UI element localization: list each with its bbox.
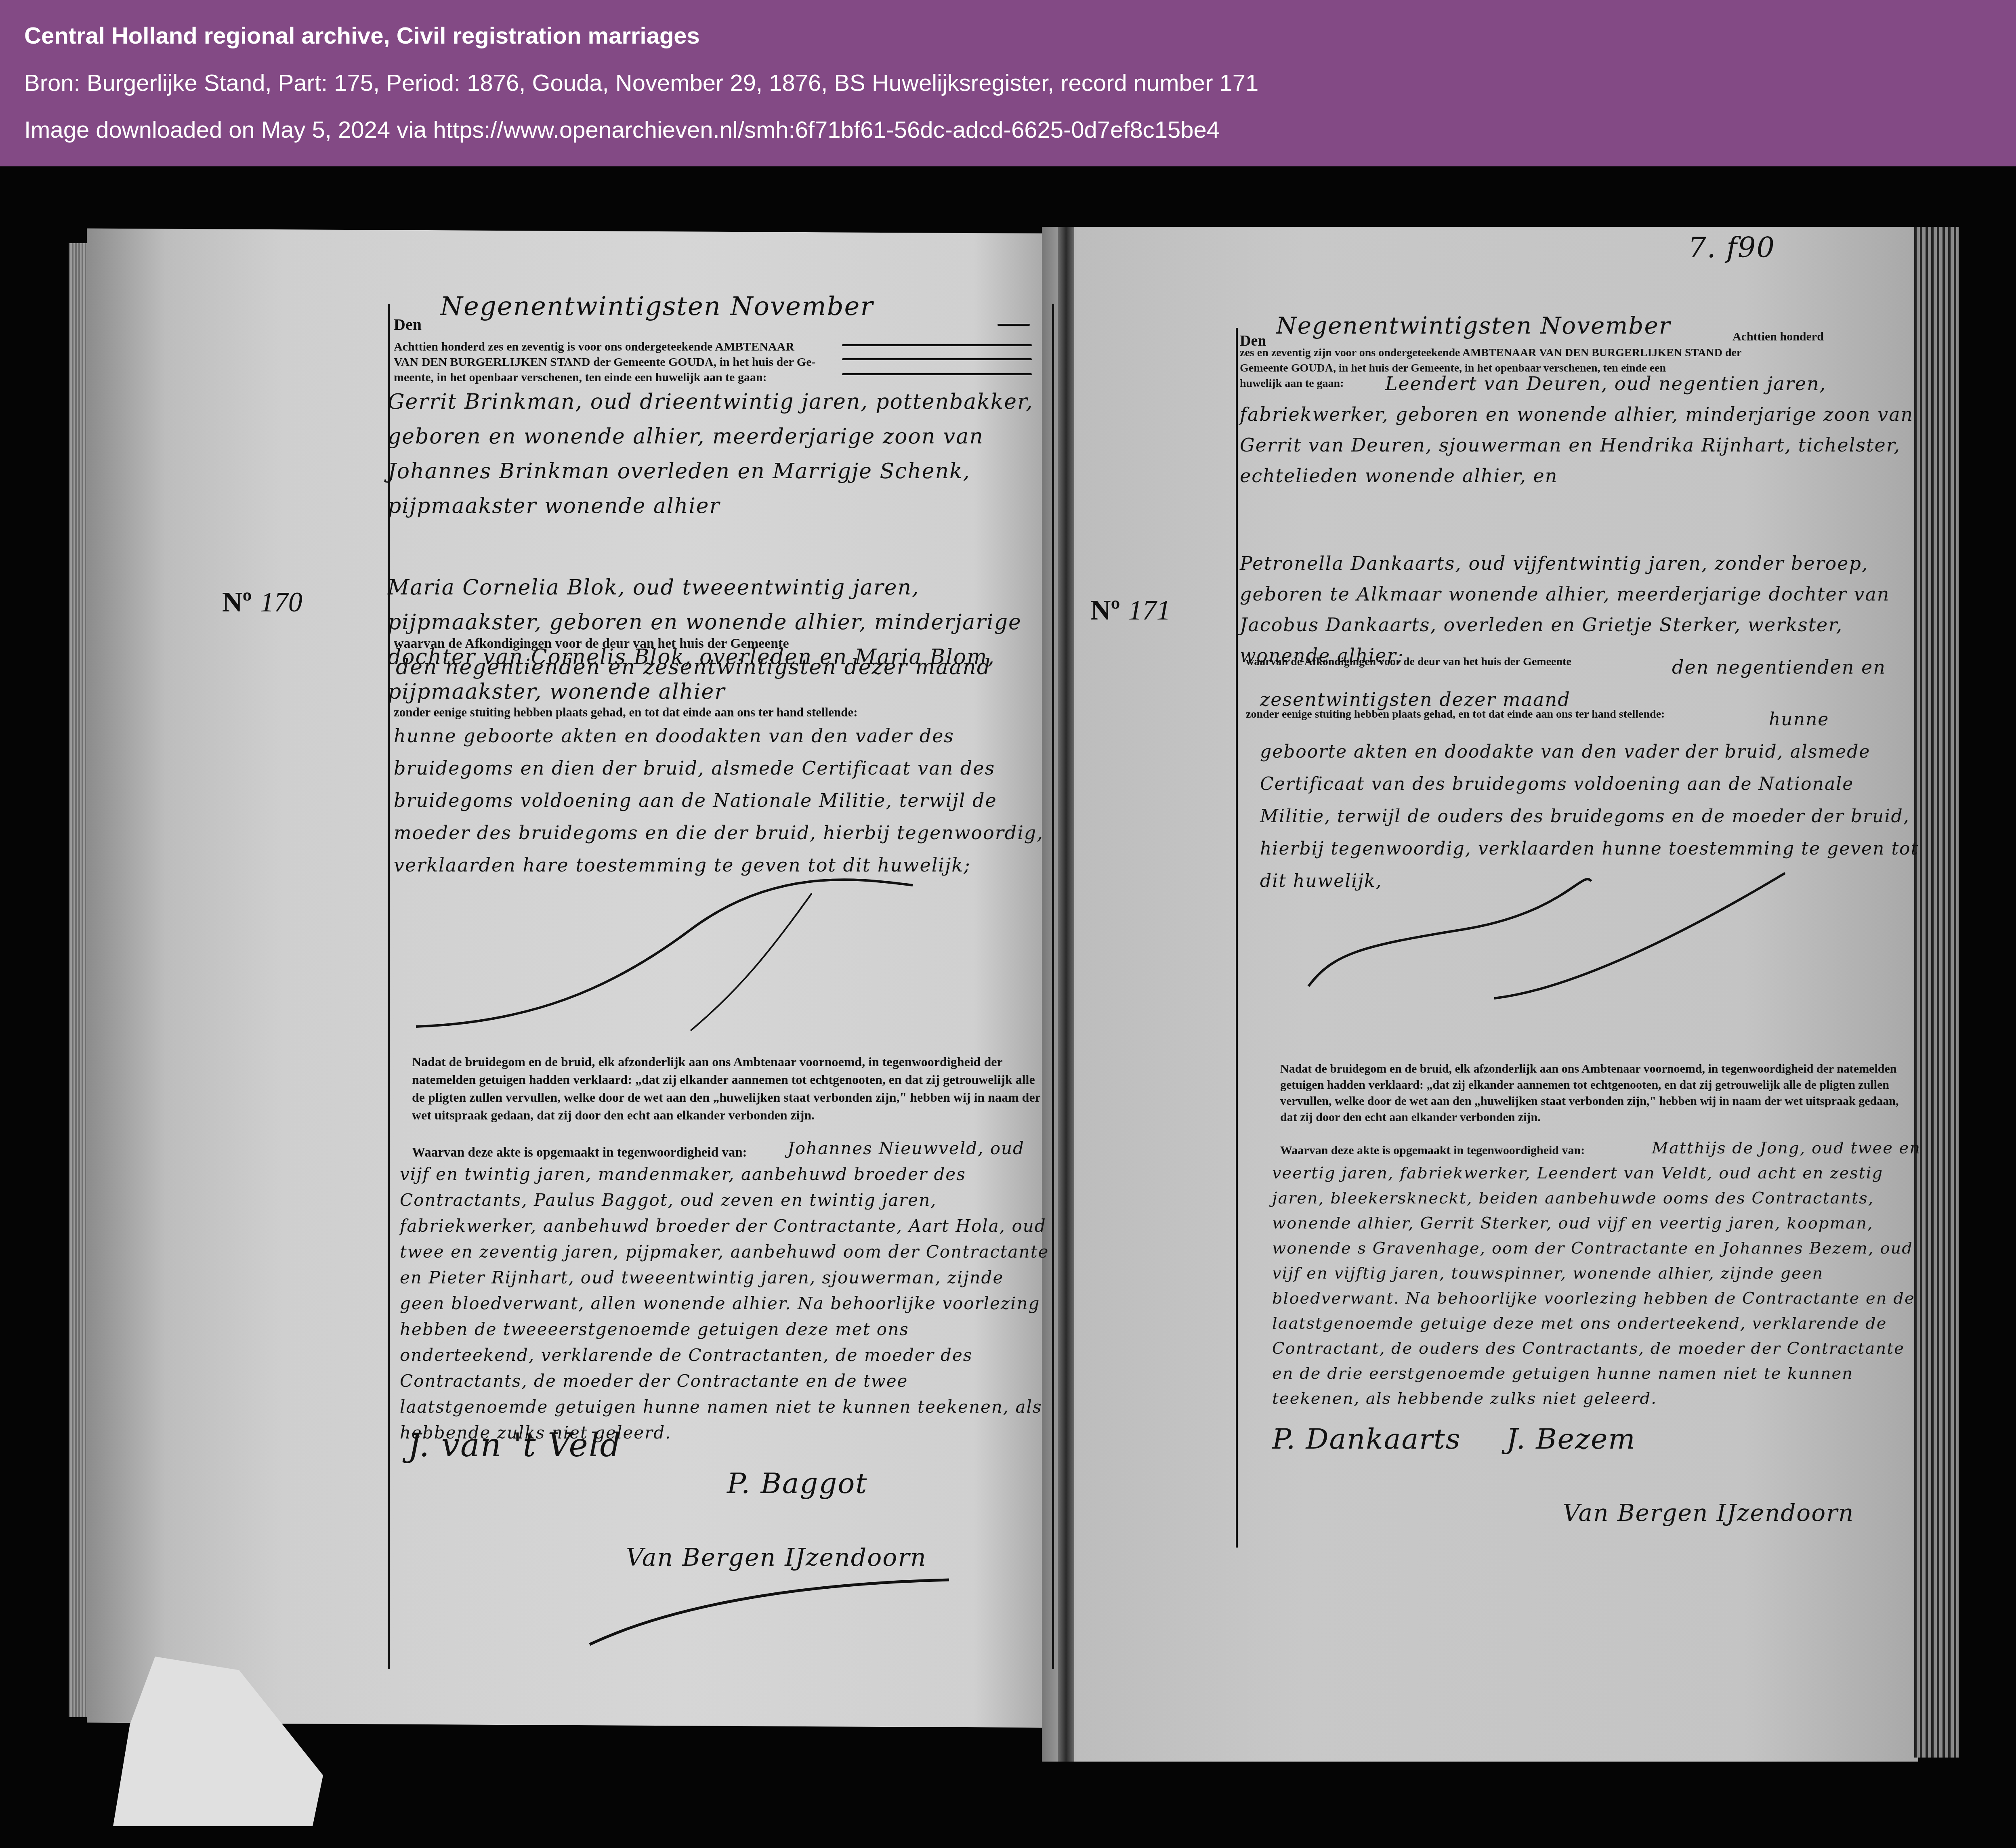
date-171: Negenentwintigsten November bbox=[1276, 312, 1671, 339]
closing-flourish-171 bbox=[1300, 865, 1825, 1018]
folio-annotation: 7. f90 bbox=[1688, 231, 1775, 264]
nadat-171: Nadat de bruidegom en de bruid, elk afzo… bbox=[1280, 1061, 1918, 1126]
stuiting-170: zonder eenige stuiting hebben plaats geh… bbox=[394, 703, 858, 721]
den-label-170: Den bbox=[394, 316, 422, 334]
afkondigingen-dates-170: den negentienden en zesentwintigsten dez… bbox=[396, 651, 1042, 683]
nadat-170: Nadat de bruidegom en de bruid, elk afzo… bbox=[412, 1053, 1042, 1124]
rule bbox=[842, 344, 1032, 346]
preamble-tail-171: Achttien honderd bbox=[1732, 328, 1824, 346]
book-gutter bbox=[1058, 227, 1074, 1762]
signature-flourish-170 bbox=[586, 1576, 969, 1648]
rule bbox=[842, 373, 1032, 375]
rule bbox=[842, 358, 1032, 360]
closing-flourish-170 bbox=[408, 869, 933, 1039]
archive-title: Central Holland regional archive, Civil … bbox=[24, 22, 700, 49]
signature-official-171: Van Bergen IJzendoorn bbox=[1563, 1499, 1854, 1527]
number-value: 170 bbox=[260, 587, 302, 618]
number-label: Nº bbox=[222, 587, 252, 618]
afkondigingen-170: waarvan de Afkondigingen voor de deur va… bbox=[394, 635, 789, 653]
number-label: Nº bbox=[1090, 595, 1120, 626]
witnesses-170: Johannes Nieuwveld, oud vijf en twintig … bbox=[400, 1136, 1050, 1446]
number-value: 171 bbox=[1128, 595, 1171, 626]
register-scan: Den Negenentwintigsten November Achttien… bbox=[0, 166, 2016, 1848]
source-description: Bron: Burgerlijke Stand, Part: 175, Peri… bbox=[24, 69, 1258, 97]
rule bbox=[997, 324, 1030, 326]
signature-official-170: Van Bergen IJzendoorn bbox=[626, 1543, 927, 1572]
groom-171: Leendert van Deuren, oud negentien jaren… bbox=[1240, 368, 1922, 491]
date-170: Negenentwintigsten November bbox=[440, 292, 874, 321]
record-number-171: Nº171 bbox=[1090, 594, 1171, 627]
download-info: Image downloaded on May 5, 2024 via http… bbox=[24, 116, 1220, 143]
preamble-line3-170: meente, in het openbaar verschenen, ten … bbox=[394, 369, 767, 386]
groom-170: Gerrit Brinkman, oud drieentwintig jaren… bbox=[388, 384, 1050, 523]
witnesses-171: Matthijs de Jong, oud twee en veertig ja… bbox=[1272, 1136, 1922, 1411]
signature-2-171: J. Bezem bbox=[1506, 1422, 1636, 1455]
signature-1-170: J. van 't Veld bbox=[408, 1426, 622, 1464]
signature-1-171: P. Dankaarts bbox=[1272, 1422, 1461, 1455]
signature-2-170: P. Baggot bbox=[727, 1467, 867, 1500]
record-number-170: Nº170 bbox=[222, 586, 302, 619]
archive-header: Central Holland regional archive, Civil … bbox=[0, 0, 2016, 166]
documents-170: hunne geboorte akten en doodakten van de… bbox=[394, 720, 1048, 881]
